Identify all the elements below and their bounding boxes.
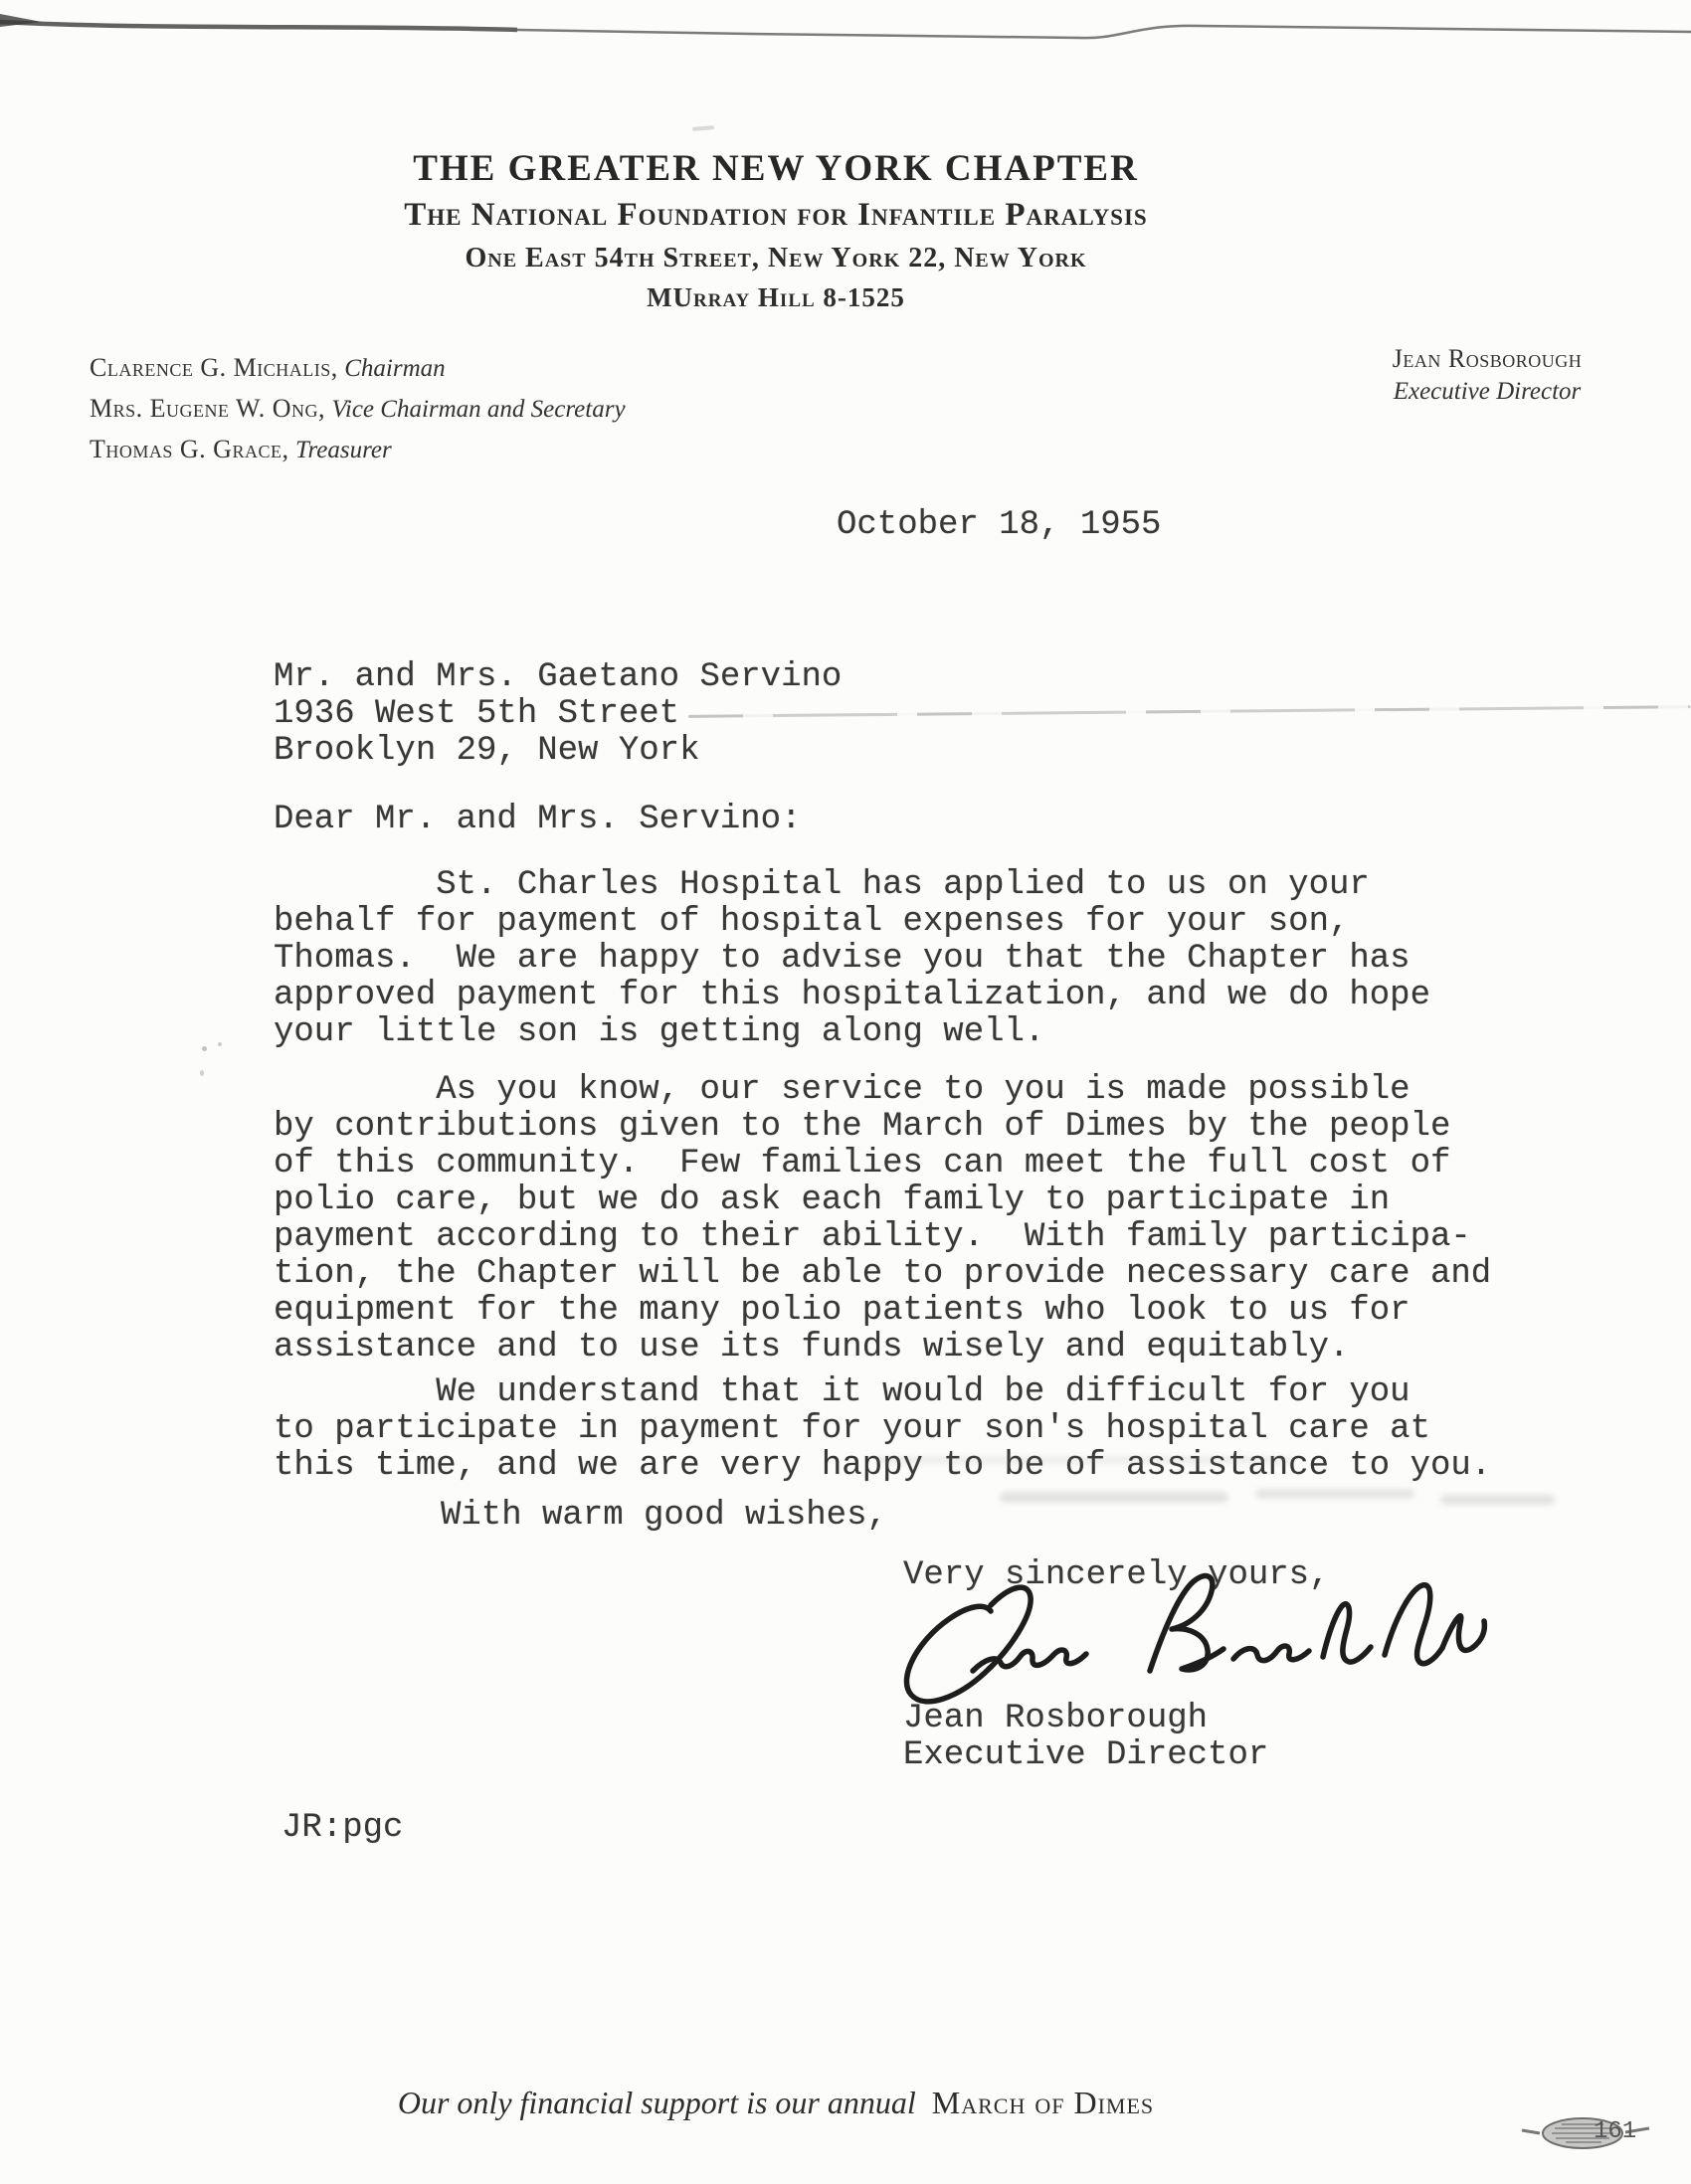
letterhead-chapter-line: THE GREATER NEW YORK CHAPTER <box>328 147 1223 190</box>
officer-title: Chairman <box>344 355 445 382</box>
letter-date: October 18, 1955 <box>837 507 1161 544</box>
stray-mark <box>202 1046 207 1051</box>
letterhead-foundation-line: The National Foundation for Infantile Pa… <box>328 197 1223 234</box>
ghost-text-smudge <box>1255 1489 1414 1499</box>
signer-name-typed: Jean Rosborough <box>903 1701 1208 1737</box>
letterhead-address-line: One East 54th Street, New York 22, New Y… <box>328 243 1223 274</box>
executive-director-title: Executive Director <box>1313 378 1661 406</box>
paragraph-3: We understand that it would be difficult… <box>274 1374 1491 1485</box>
ghost-text-smudge <box>875 1456 1293 1464</box>
signer-title-typed: Executive Director <box>903 1737 1268 1774</box>
letterhead: THE GREATER NEW YORK CHAPTER The Nationa… <box>328 147 1223 313</box>
ghost-text-smudge <box>1440 1495 1555 1505</box>
executive-director-name: Jean Rosborough <box>1393 344 1582 373</box>
officer-name: Mrs. Eugene W. Ong, <box>90 394 325 423</box>
scan-edge-artifact <box>0 0 1691 60</box>
paragraph-2: As you know, our service to you is made … <box>274 1072 1491 1366</box>
stray-mark <box>218 1042 222 1046</box>
officer-row: Mrs. Eugene W. Ong, Vice Chairman and Se… <box>90 389 626 430</box>
executive-director-block: Jean Rosborough Executive Director <box>1313 344 1661 406</box>
scan-speck <box>692 125 714 131</box>
reference-initials: JR:pgc <box>282 1810 403 1847</box>
officer-name: Clarence G. Michalis, <box>90 353 338 382</box>
union-label-number: 161 <box>1594 2118 1636 2145</box>
salutation: Dear Mr. and Mrs. Servino: <box>274 802 802 838</box>
officer-title: Treasurer <box>295 437 392 463</box>
officer-row: Thomas G. Grace, Treasurer <box>90 430 626 470</box>
stray-mark <box>200 1070 204 1076</box>
closing-wishes: With warm good wishes, <box>441 1498 887 1535</box>
paragraph-1: St. Charles Hospital has applied to us o… <box>274 867 1430 1051</box>
ghost-text-smudge <box>1000 1492 1228 1503</box>
letterhead-phone-line: MUrray Hill 8-1525 <box>328 282 1223 313</box>
footer-slogan-caps: March of Dimes <box>932 2085 1154 2120</box>
officers-list: Clarence G. Michalis, Chairman Mrs. Euge… <box>90 348 626 470</box>
signature-handwriting <box>873 1563 1510 1723</box>
footer-slogan: Our only financial support is our annual… <box>0 2085 1552 2121</box>
footer-slogan-italic: Our only financial support is our annual <box>398 2085 916 2120</box>
officer-title: Vice Chairman and Secretary <box>331 396 625 423</box>
scanned-letter-page: THE GREATER NEW YORK CHAPTER The Nationa… <box>0 0 1691 2184</box>
officer-row: Clarence G. Michalis, Chairman <box>90 348 626 389</box>
officer-name: Thomas G. Grace, <box>90 435 288 463</box>
